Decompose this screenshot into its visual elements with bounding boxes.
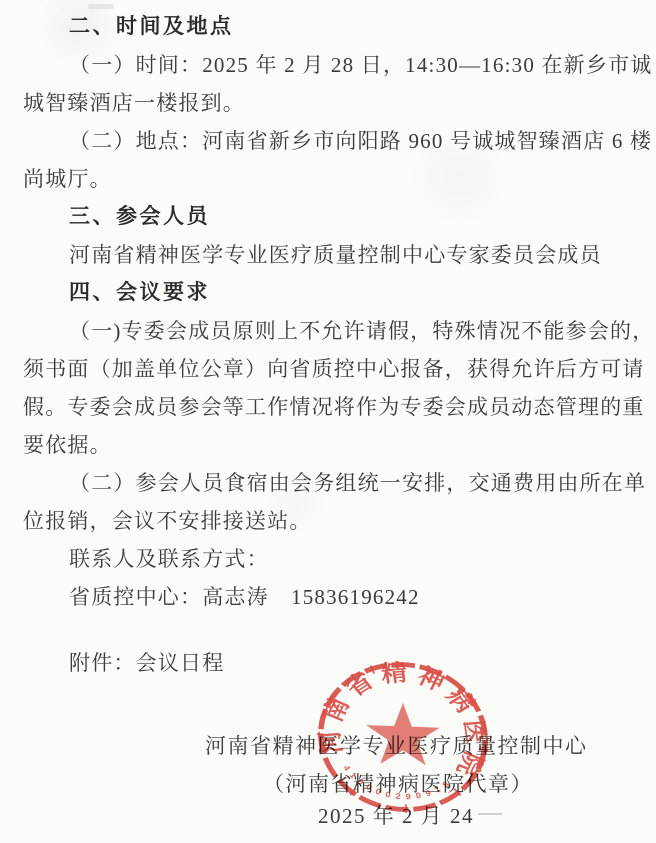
body-line: 尚城厅。 <box>23 160 638 198</box>
document-body: 二、时间及地点 （一）时间：2025 年 2 月 28 日，14:30—16:3… <box>0 0 656 682</box>
signature-organization: 河南省精神医学专业医疗质量控制中心 <box>205 730 588 760</box>
section-heading-time-place: 二、时间及地点 <box>23 8 638 46</box>
attachment-line: 附件：会议日程 <box>23 644 638 682</box>
section-heading-attendees: 三、参会人员 <box>23 198 638 236</box>
scan-artifact <box>88 4 114 9</box>
signature-date: 2025 年 2 月 24 <box>318 800 474 830</box>
body-line: 须书面（加盖单位公章）向省质控中心报备，获得允许后方可请 <box>23 350 638 388</box>
body-line: 城智臻酒店一楼报到。 <box>23 84 638 122</box>
signature-note: （河南省精神病医院代章） <box>263 768 533 798</box>
body-line: 河南省精神医学专业医疗质量控制中心专家委员会成员 <box>23 236 638 274</box>
contact-phone-line: 省质控中心：高志涛 15836196242 <box>23 578 638 616</box>
body-line: （一)专委会成员原则上不允许请假，特殊情况不能参会的， <box>23 312 638 350</box>
body-line: （一）时间：2025 年 2 月 28 日，14:30—16:30 在新乡市诚 <box>23 46 638 84</box>
scanned-document-page: 二、时间及地点 （一）时间：2025 年 2 月 28 日，14:30—16:3… <box>0 0 656 843</box>
body-line: 位报销，会议不安排接送站。 <box>23 502 638 540</box>
body-line: （二）参会人员食宿由会务组统一安排，交通费用由所在单 <box>23 464 638 502</box>
body-line: 要依据。 <box>23 426 638 464</box>
body-line: （二）地点：河南省新乡市向阳路 960 号诚城智臻酒店 6 楼 <box>23 122 638 160</box>
scan-artifact <box>478 813 502 815</box>
body-line: 假。专委会成员参会等工作情况将作为专委会成员动态管理的重 <box>23 388 638 426</box>
contact-heading-line: 联系人及联系方式： <box>23 540 638 578</box>
section-heading-requirements: 四、会议要求 <box>23 274 638 312</box>
